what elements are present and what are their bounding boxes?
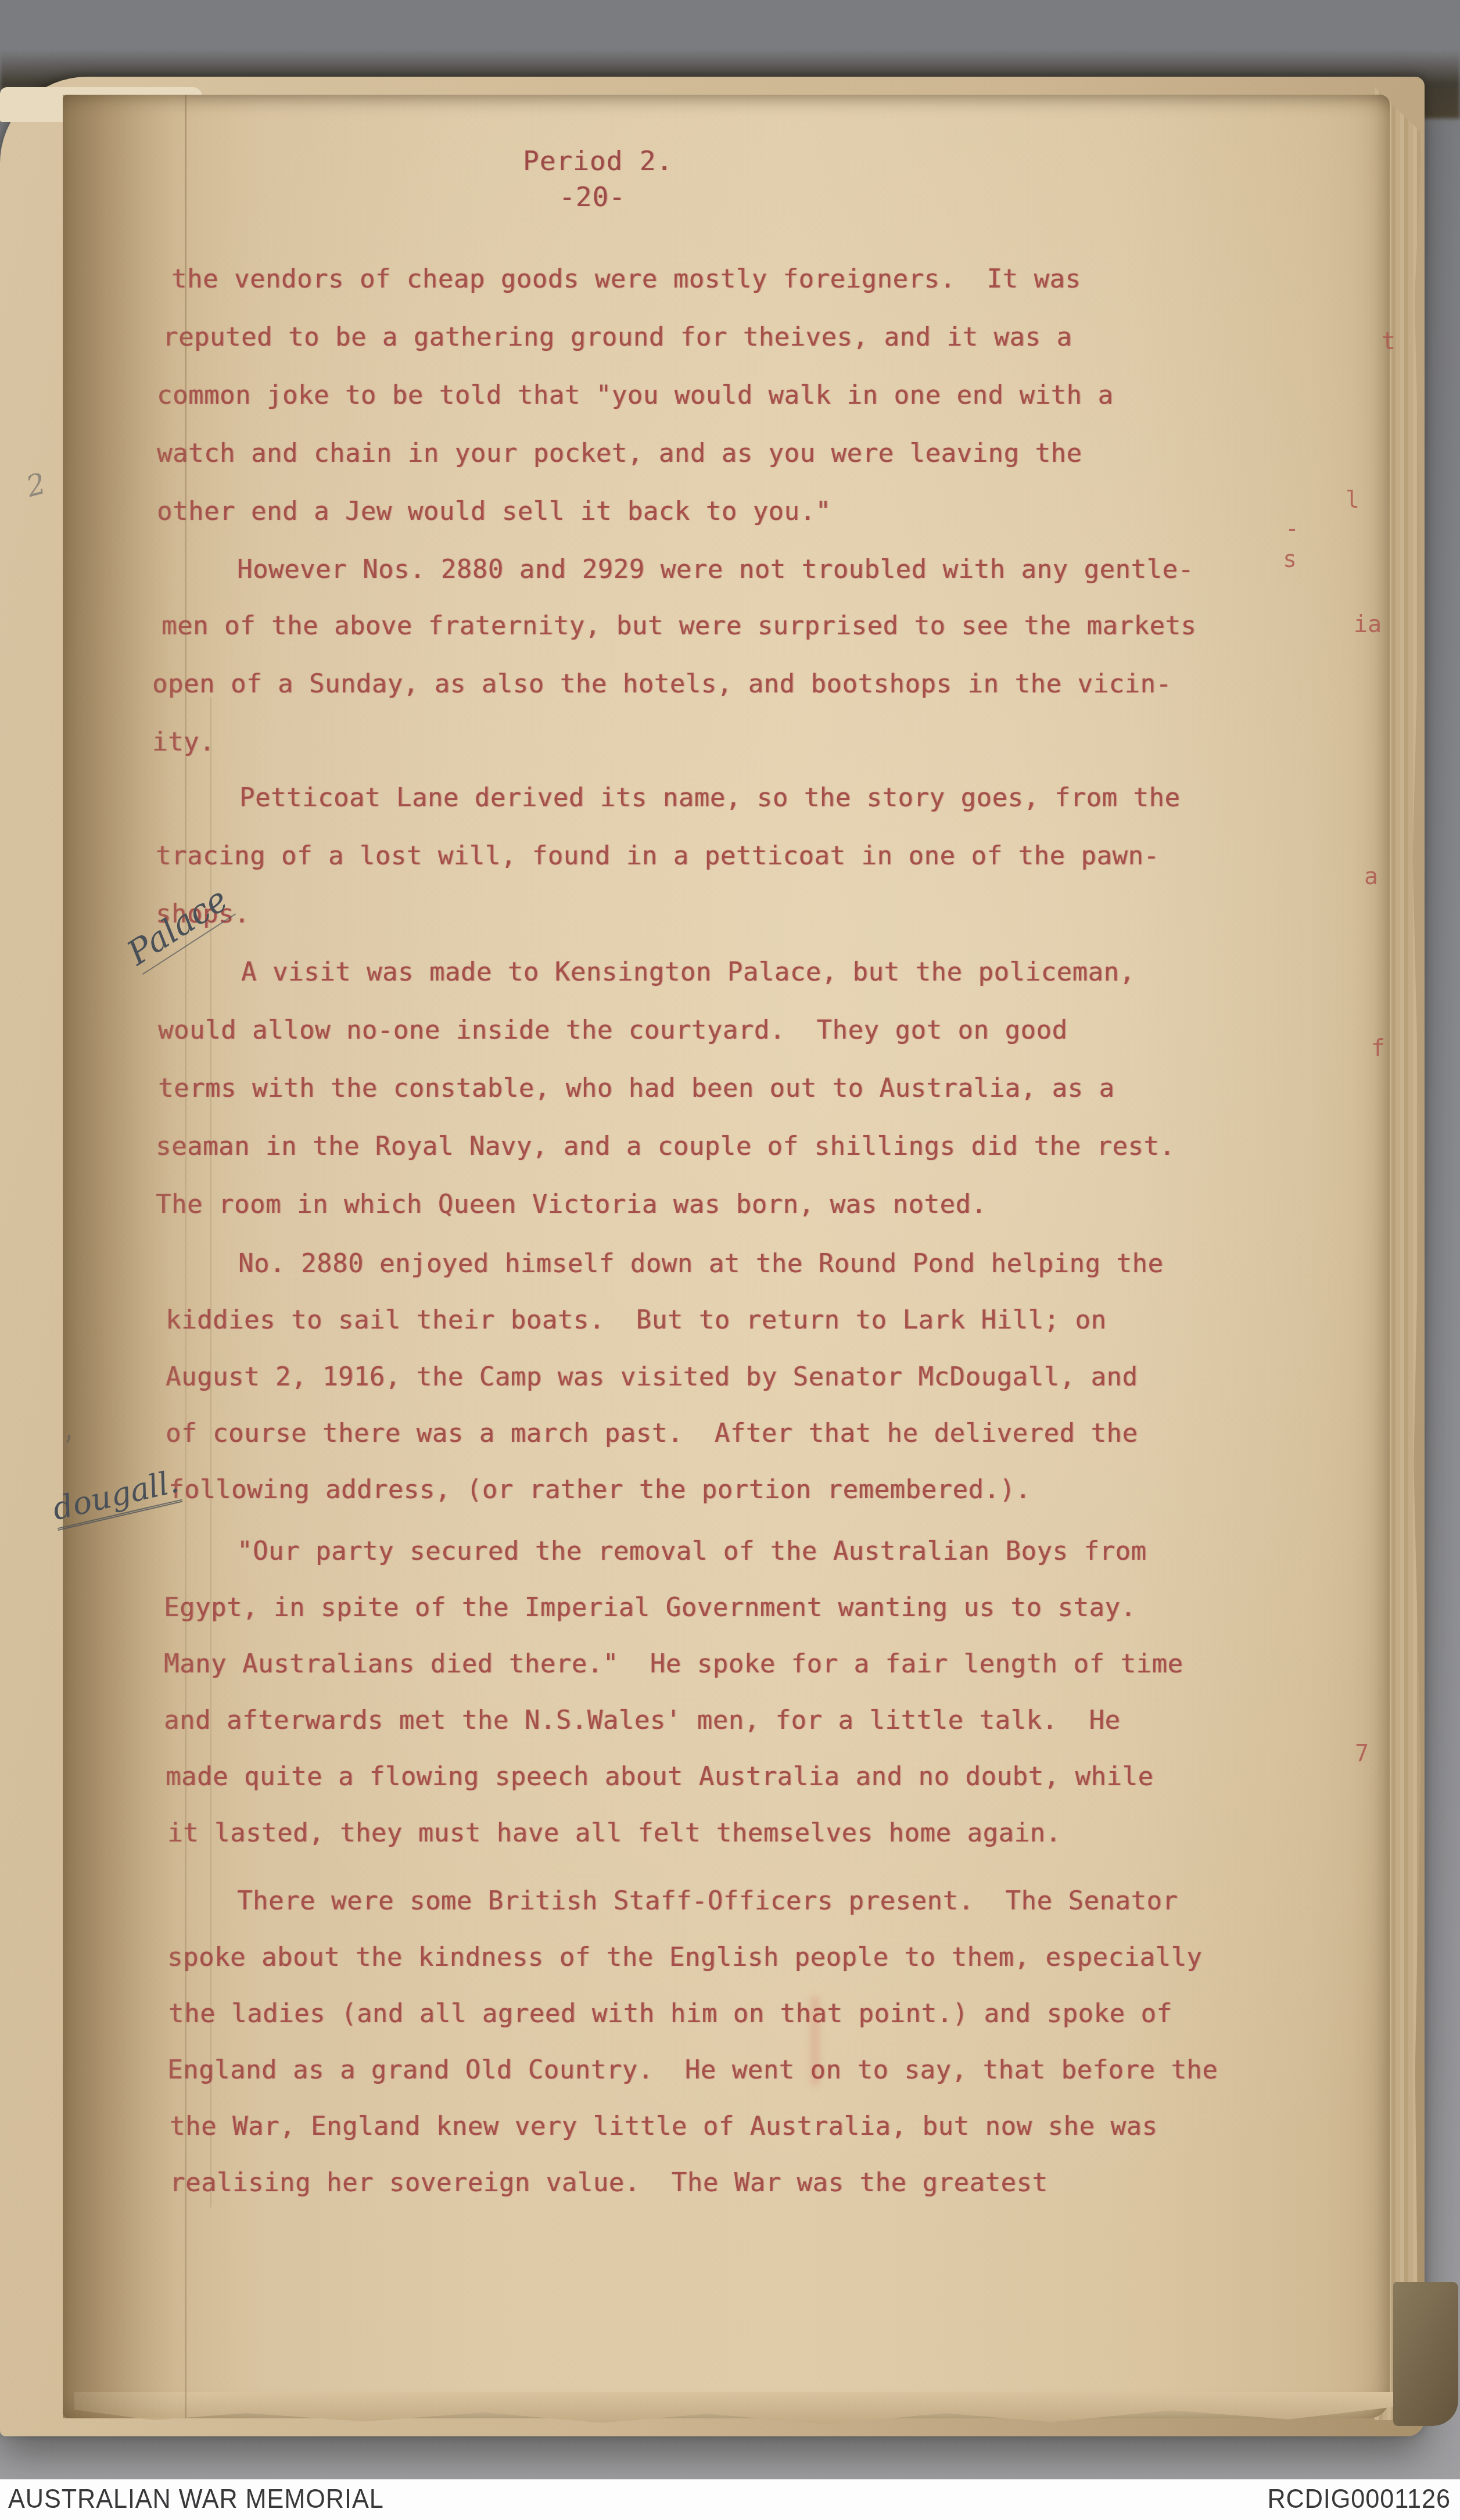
typed-line: England as a grand Old Country. He went … xyxy=(167,2055,1218,2085)
typed-line: kiddies to sail their boats. But to retu… xyxy=(166,1305,1106,1335)
typed-line: realising her sovereign value. The War w… xyxy=(170,2168,1048,2198)
section-heading: Period 2. xyxy=(523,145,673,177)
ink-bleed-mark: s xyxy=(1283,546,1297,573)
gutter-fold-shadow xyxy=(63,95,205,2418)
typed-line: spoke about the kindness of the English … xyxy=(167,1943,1202,1972)
ink-bleed-mark: 7 xyxy=(1355,1740,1369,1767)
fold-crease-line xyxy=(185,95,186,2418)
typed-line: terms with the constable, who had been o… xyxy=(158,1074,1114,1103)
archive-item-id: RCDIG0001126 xyxy=(1267,2482,1451,2514)
typed-line: common joke to be told that "you would w… xyxy=(157,380,1113,410)
typed-line: However Nos. 2880 and 2929 were not trou… xyxy=(237,555,1193,584)
typed-line: made quite a flowing speech about Austra… xyxy=(166,1762,1153,1792)
ink-bleed-mark: - xyxy=(1285,516,1299,543)
typed-line: it lasted, they must have all felt thems… xyxy=(167,1818,1061,1848)
red-ink-smudge xyxy=(811,1996,819,2086)
typed-line: other end a Jew would sell it back to yo… xyxy=(157,497,831,526)
ink-bleed-mark: a xyxy=(1364,863,1378,890)
typed-line: the ladies (and all agreed with him on t… xyxy=(168,1999,1172,2029)
scanned-document-photo: the vendors of cheap goods were mostly f… xyxy=(0,0,1460,2520)
ink-bleed-mark: ia xyxy=(1354,611,1382,638)
typed-line: seaman in the Royal Navy, and a couple o… xyxy=(156,1132,1175,1161)
typed-line: There were some British Staff-Officers p… xyxy=(237,1886,1178,1916)
typed-line: The room in which Queen Victoria was bor… xyxy=(156,1190,987,1219)
typed-line: Egypt, in spite of the Imperial Governme… xyxy=(164,1593,1136,1622)
typed-line: "Our party secured the removal of the Au… xyxy=(237,1537,1146,1566)
ink-bleed-mark: l xyxy=(1346,487,1359,514)
book-cover-corner xyxy=(1393,2282,1458,2426)
archive-name-label: AUSTRALIAN WAR MEMORIAL xyxy=(8,2482,384,2514)
typed-line: the War, England knew very little of Aus… xyxy=(170,2112,1157,2141)
typed-line: Petticoat Lane derived its name, so the … xyxy=(239,783,1180,813)
typed-line: Many Australians died there." He spoke f… xyxy=(164,1649,1183,1679)
typed-line: August 2, 1916, the Camp was visited by … xyxy=(166,1362,1138,1392)
ink-bleed-mark: f xyxy=(1371,1035,1385,1062)
archive-footer-bar: AUSTRALIAN WAR MEMORIAL RCDIG0001126 xyxy=(0,2479,1460,2520)
page-number: -20- xyxy=(559,181,626,213)
typed-line: and afterwards met the N.S.Wales' men, f… xyxy=(164,1706,1120,1735)
ink-bleed-mark: t xyxy=(1382,328,1396,355)
typed-line: reputed to be a gathering ground for the… xyxy=(163,322,1072,352)
typed-line: tracing of a lost will, found in a petti… xyxy=(156,841,1159,871)
typed-line: of course there was a march past. After … xyxy=(166,1419,1138,1448)
typed-line: No. 2880 enjoyed himself down at the Rou… xyxy=(238,1249,1163,1279)
typed-line: open of a Sunday, as also the hotels, an… xyxy=(152,669,1171,699)
typed-line: would allow no-one inside the courtyard.… xyxy=(158,1015,1067,1045)
typed-line: following address, (or rather the portio… xyxy=(168,1475,1031,1505)
typed-line: watch and chain in your pocket, and as y… xyxy=(157,439,1082,468)
typed-line: the vendors of cheap goods were mostly f… xyxy=(171,264,1081,294)
typed-line: men of the above fraternity, but were su… xyxy=(162,611,1196,641)
typed-line: A visit was made to Kensington Palace, b… xyxy=(241,957,1135,987)
